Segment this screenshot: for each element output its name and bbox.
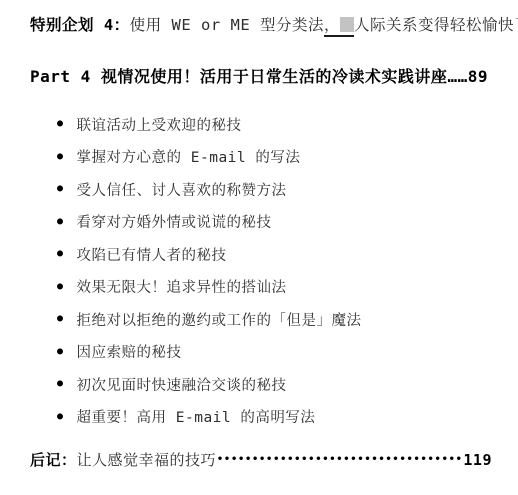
bullet-icon: ●	[57, 379, 64, 389]
list-item: ● 效果无限大！追求异性的搭讪法	[57, 277, 492, 297]
afterword-label: 后记：	[30, 450, 77, 471]
bullet-icon: ●	[57, 314, 64, 324]
list-item-label: 因应索赔的秘技	[77, 341, 182, 362]
special-feature-label: 特别企划 4：	[30, 16, 130, 34]
list-item-label: 初次见面时快速融洽交谈的秘技	[77, 374, 287, 395]
bullet-icon: ●	[57, 412, 64, 422]
special-feature-text-before: 使用 WE or ME 型分类法	[130, 16, 324, 34]
part-heading-leader: ……	[447, 67, 467, 86]
list-item: ● 掌握对方心意的 E-mail 的写法	[57, 147, 492, 167]
list-item-label: 联谊活动上受欢迎的秘技	[77, 114, 242, 135]
bullet-icon: ●	[57, 217, 64, 227]
special-feature-line: 特别企划 4：使用 WE or ME 型分类法，人际关系变得轻松愉快了	[30, 14, 492, 36]
bullet-icon: ●	[57, 347, 64, 357]
toc-bullet-list: ● 联谊活动上受欢迎的秘技 ● 掌握对方心意的 E-mail 的写法 ● 受人信…	[30, 114, 492, 427]
bullet-icon: ●	[57, 119, 64, 129]
list-item: ● 攻陷已有情人者的秘技	[57, 244, 492, 264]
bullet-icon: ●	[57, 152, 64, 162]
afterword-title: 让人感觉幸福的技巧	[77, 450, 217, 471]
list-item: ● 超重要！高用 E-mail 的高明写法	[57, 407, 492, 427]
bullet-icon: ●	[57, 249, 64, 259]
list-item: ● 受人信任、讨人喜欢的称赞方法	[57, 179, 492, 199]
list-item-label: 拒绝对以拒绝的邀约或工作的「但是」魔法	[77, 309, 362, 330]
bullet-icon: ●	[57, 282, 64, 292]
highlighted-space	[340, 17, 354, 32]
underlined-segment: ，	[324, 16, 354, 37]
list-item-label: 攻陷已有情人者的秘技	[77, 244, 227, 265]
comma: ，	[324, 16, 340, 34]
list-item-label: 超重要！高用 E-mail 的高明写法	[77, 406, 316, 427]
part-heading-page-number: 89	[468, 67, 488, 86]
list-item: ● 初次见面时快速融洽交谈的秘技	[57, 374, 492, 394]
list-item: ● 联谊活动上受欢迎的秘技	[57, 114, 492, 134]
bullet-icon: ●	[57, 184, 64, 194]
list-item-label: 掌握对方心意的 E-mail 的写法	[77, 146, 301, 167]
part-heading-title: Part 4 视情况使用！活用于日常生活的冷读术实践讲座	[30, 67, 447, 86]
special-feature-text-after: 人际关系变得轻松愉快了	[354, 16, 518, 34]
list-item-label: 效果无限大！追求异性的搭讪法	[77, 276, 287, 297]
afterword-page-number: 119	[463, 450, 492, 471]
afterword-line: 后记： 让人感觉幸福的技巧 ••••••••••••••••••••••••••…	[30, 450, 492, 471]
list-item: ● 拒绝对以拒绝的邀约或工作的「但是」魔法	[57, 309, 492, 329]
list-item: ● 看穿对方婚外情或说谎的秘技	[57, 212, 492, 232]
toc-page: 特别企划 4：使用 WE or ME 型分类法，人际关系变得轻松愉快了 Part…	[0, 0, 518, 495]
list-item-label: 受人信任、讨人喜欢的称赞方法	[77, 179, 287, 200]
list-item: ● 因应索赔的秘技	[57, 342, 492, 362]
list-item-label: 看穿对方婚外情或说谎的秘技	[77, 211, 272, 232]
part-heading-line: Part 4 视情况使用！活用于日常生活的冷读术实践讲座……89	[30, 65, 492, 88]
dot-leader: ••••••••••••••••••••••••••••••••••••••••…	[217, 455, 462, 465]
